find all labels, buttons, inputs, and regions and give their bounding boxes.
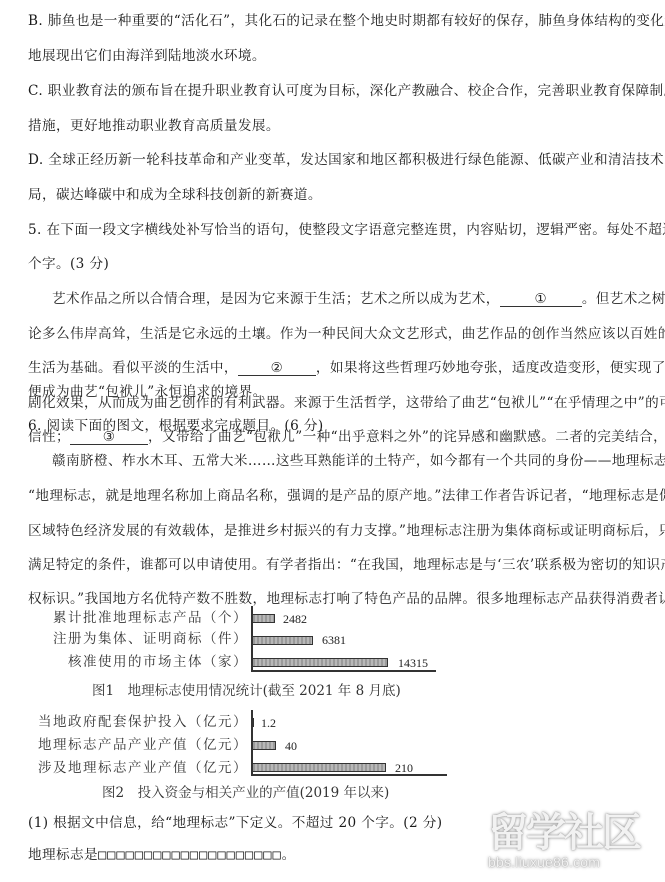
chart-1-category-label: 核准使用的市场主体（家） <box>68 654 248 670</box>
q5-passage-line-2: 论多么伟岸高耸，生活是它永远的土壤。作为一种民间大众文艺形式，曲艺作品的创作当然… <box>28 325 651 343</box>
question-5-prompt-line-2: 个字。(3 分) <box>28 255 651 273</box>
question-5-prompt-line-1: 5. 在下面一段文字横线处补写恰当的语句，使整段文字语意完整连贯，内容贴切，逻辑… <box>28 221 651 239</box>
chart-2-value-label: 1.2 <box>261 716 276 730</box>
chart-1-value-label: 14315 <box>398 656 428 670</box>
chart-1-bar <box>252 636 313 645</box>
question-6-prompt: 6. 阅读下面的图文，根据要求完成题目。(6 分) <box>28 417 651 435</box>
watermark-title: 留学社区 <box>488 812 663 854</box>
q5-text: ，如果将这些哲理巧妙地夸张，适度改造变形，便实现了戏 <box>316 360 665 376</box>
option-b-line-2: 地展现出它们由海洋到陆地淡水环境。 <box>28 47 651 65</box>
answer-boxes[interactable]: □□□□□□□□□□□□□□□□□□□□ <box>98 847 282 863</box>
watermark-url: bbs.liuxue86.com <box>488 854 663 870</box>
watermark-logo: 留学社区 bbs.liuxue86.com <box>488 812 663 878</box>
q5-passage-line-6: 便成为曲艺“包袱儿”永恒追求的境界。 <box>28 383 651 401</box>
chart-2-bar <box>252 718 254 727</box>
answer-suffix: 。 <box>282 847 296 863</box>
chart-2-value-label: 40 <box>285 739 297 753</box>
figure-1-caption: 图1 地理标志使用情况统计(截至 2021 年 8 月底) <box>92 682 401 700</box>
q6-passage-line-4: 满足特定的条件，谁都可以申请使用。有学者指出：“在我国，地理标志是与‘三农’联系… <box>28 556 651 574</box>
q5-passage-line-3: 生活为基础。看似平淡的生活中，②，如果将这些哲理巧妙地夸张，适度改造变形，便实现… <box>28 359 651 377</box>
q5-blank-1: ① <box>500 290 582 307</box>
chart-2-category-label: 地理标志产品产业产值（亿元） <box>38 737 248 753</box>
q6-passage-line-2: “地理标志，就是地理名称加上商品名称，强调的是产品的原产地。”法律工作者告诉记者… <box>28 487 651 505</box>
option-d-line-1: D. 全球正经历新一轮科技革命和产业变革，发达国家和地区都积极进行绿色能源、低碳… <box>28 151 651 169</box>
q6-passage-line-3: 区域特色经济发展的有效载体，是推进乡村振兴的有力支撑。”地理标志注册为集体商标或… <box>28 522 651 540</box>
q5-text: 生活为基础。看似平淡的生活中， <box>28 360 238 376</box>
chart-2-x-axis <box>251 774 447 776</box>
chart-1-bar <box>252 614 275 623</box>
chart-1-category-label: 注册为集体、证明商标（件） <box>53 631 248 647</box>
chart-1-value-label: 2482 <box>283 612 307 626</box>
figure-2-bar-chart: 当地政府配套保护投入（亿元） 1.2 地理标志产品产业产值（亿元） 40 涉及地… <box>0 706 460 806</box>
chart-1-x-axis <box>251 670 436 672</box>
option-c-line-2: 措施，更好地推动职业教育高质量发展。 <box>28 117 651 135</box>
q5-text: 。但艺术之树无 <box>582 291 665 307</box>
q5-passage-line-1: 艺术作品之所以合情合理，是因为它来源于生活；艺术之所以成为艺术，①。但艺术之树无 <box>52 290 651 308</box>
chart-1-bar <box>252 658 388 667</box>
chart-2-category-label: 涉及地理标志产业产值（亿元） <box>38 760 248 776</box>
chart-1-value-label: 6381 <box>322 633 346 647</box>
figure-1-bar-chart: 累计批准地理标志产品（个） 2482 注册为集体、证明商标（件） 6381 核准… <box>0 600 460 705</box>
q5-text: 艺术作品之所以合情合理，是因为它来源于生活；艺术之所以成为艺术， <box>52 291 500 307</box>
answer-prefix: 地理标志是 <box>28 847 98 863</box>
option-b-line-1: B. 肺鱼也是一种重要的“活化石”，其化石的记录在整个地史时期都有较好的保存，肺… <box>28 12 651 30</box>
chart-2-bar <box>252 763 386 772</box>
chart-2-category-label: 当地政府配套保护投入（亿元） <box>38 714 248 730</box>
q6-passage-line-1: 赣南脐橙、柞水木耳、五常大米……这些耳熟能详的土特产，如今都有一个共同的身份——… <box>52 452 651 470</box>
chart-1-category-label: 累计批准地理标志产品（个） <box>53 610 248 626</box>
q5-blank-2: ② <box>238 359 316 376</box>
figure-2-caption: 图2 投入资金与相关产业的产值(2019 年以来) <box>102 784 389 802</box>
option-c-line-1: C. 职业教育法的颁布旨在提升职业教育认可度为目标，深化产教融合、校企合作，完善… <box>28 82 651 100</box>
chart-2-value-label: 210 <box>395 761 413 775</box>
option-d-line-2: 局，碳达峰碳中和成为全球科技创新的新赛道。 <box>28 186 651 204</box>
chart-2-bar <box>252 741 276 750</box>
